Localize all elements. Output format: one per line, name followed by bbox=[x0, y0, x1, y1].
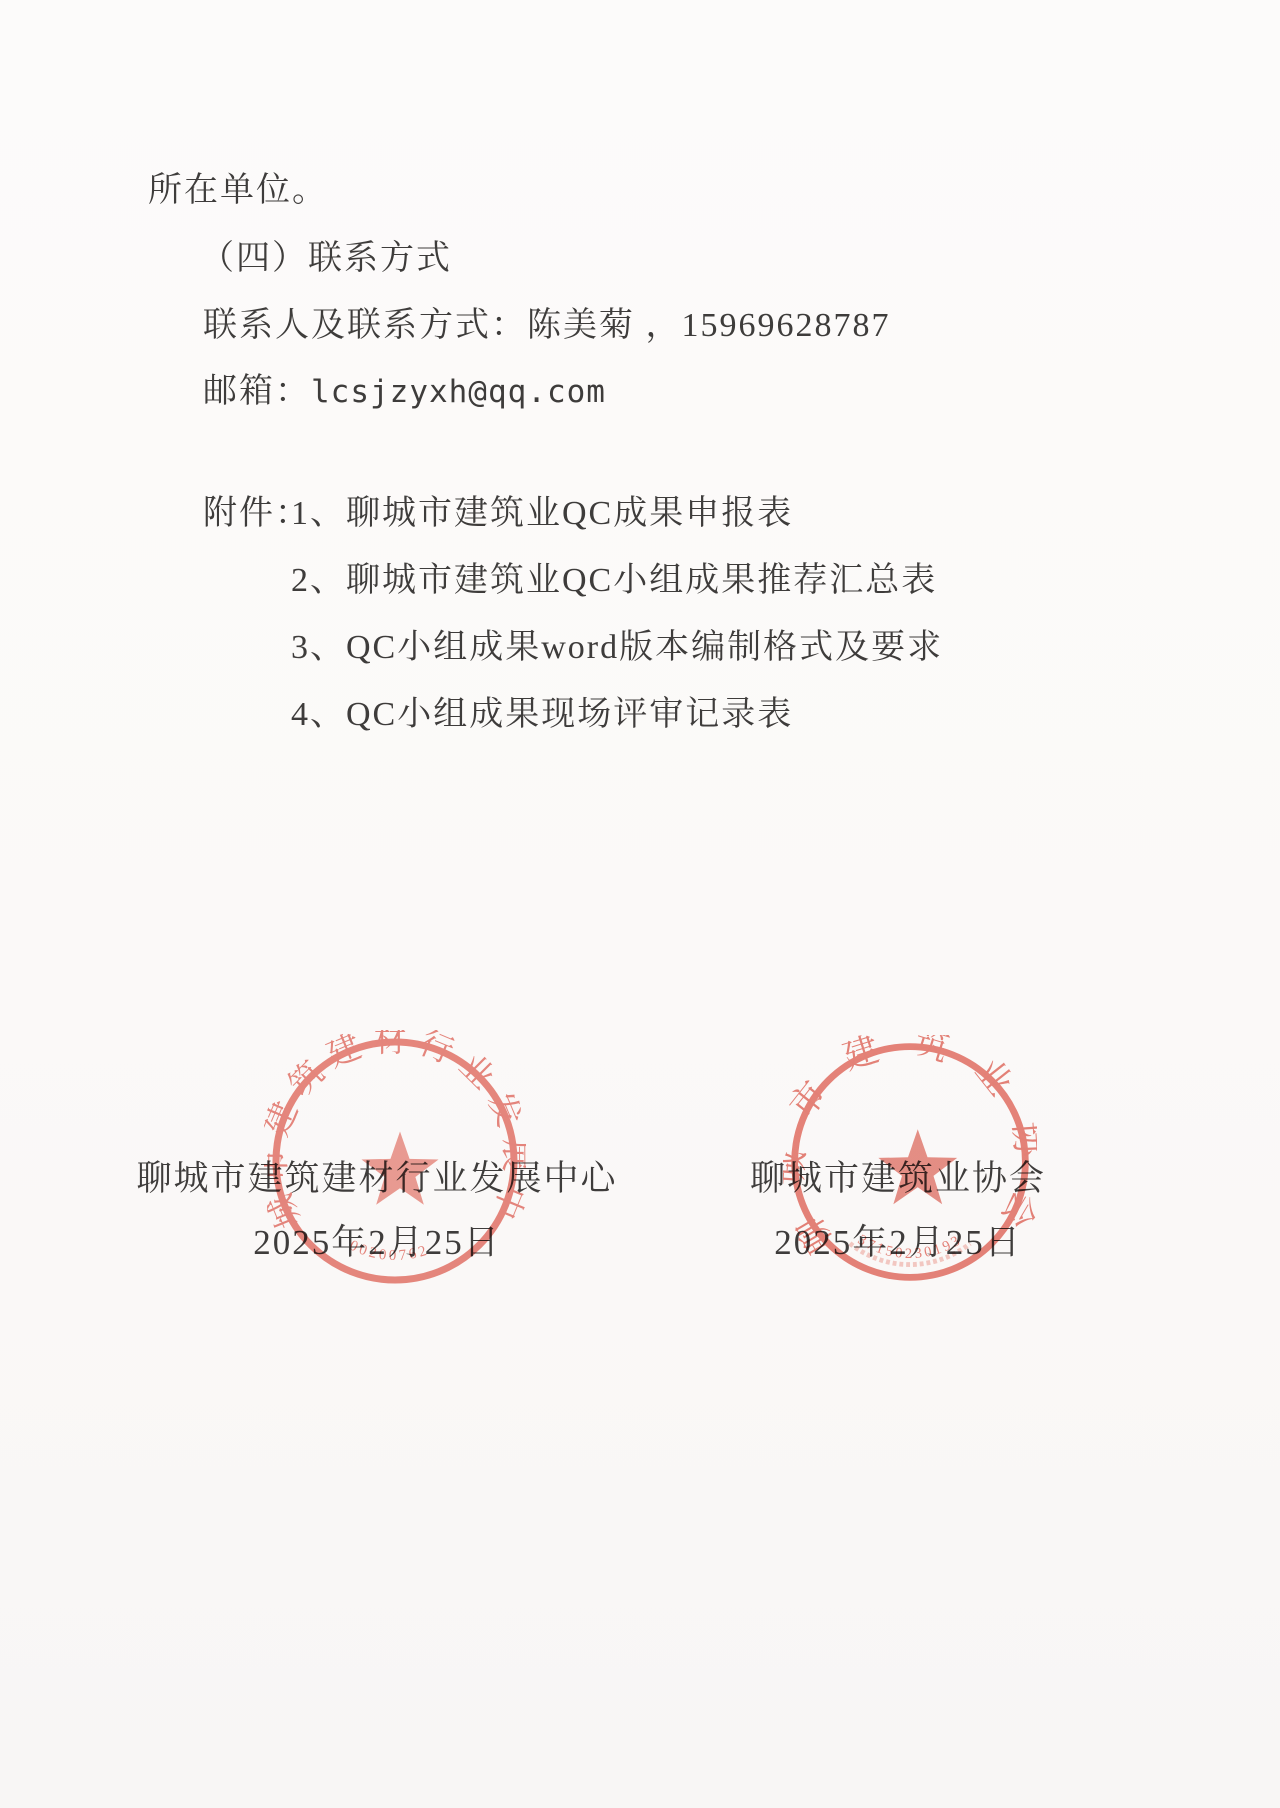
email-label: 邮箱： bbox=[203, 373, 311, 410]
attachment-item: 4、QC小组成果现场评审记录表 bbox=[291, 696, 793, 733]
seal-arc-text: 聊城市建筑建材行业发展中心 bbox=[264, 1030, 526, 1233]
seal-arc-text: 聊城市建筑业协会 bbox=[783, 1035, 1037, 1259]
official-seal-right: 聊城市建筑业协会 37150230193 bbox=[783, 1035, 1037, 1289]
attachment-item: 2、聊城市建筑业QC小组成果推荐汇总表 bbox=[291, 562, 937, 599]
attachment-item: 3、QC小组成果word版本编制格式及要求 bbox=[291, 629, 943, 666]
section-heading: （四）联系方式 bbox=[200, 240, 452, 277]
closing-paragraph: 所在单位。 bbox=[148, 172, 328, 209]
attachment-item: 1、聊城市建筑业QC成果申报表 bbox=[291, 495, 793, 532]
document-page: 所在单位。 （四）联系方式 联系人及联系方式：陈美菊 ，15969628787 … bbox=[0, 0, 1280, 1808]
star-icon bbox=[361, 1132, 438, 1205]
email-value: lcsjzyxh@qq.com bbox=[311, 374, 606, 410]
email-line: 邮箱：lcsjzyxh@qq.com bbox=[203, 373, 606, 410]
star-icon bbox=[878, 1129, 957, 1204]
contact-line: 联系人及联系方式：陈美菊 ，15969628787 bbox=[203, 307, 891, 344]
official-seal-left: 聊城市建筑建材行业发展中心 00200762 bbox=[264, 1030, 526, 1292]
seal-serial-text: 00200762 bbox=[347, 1238, 432, 1264]
